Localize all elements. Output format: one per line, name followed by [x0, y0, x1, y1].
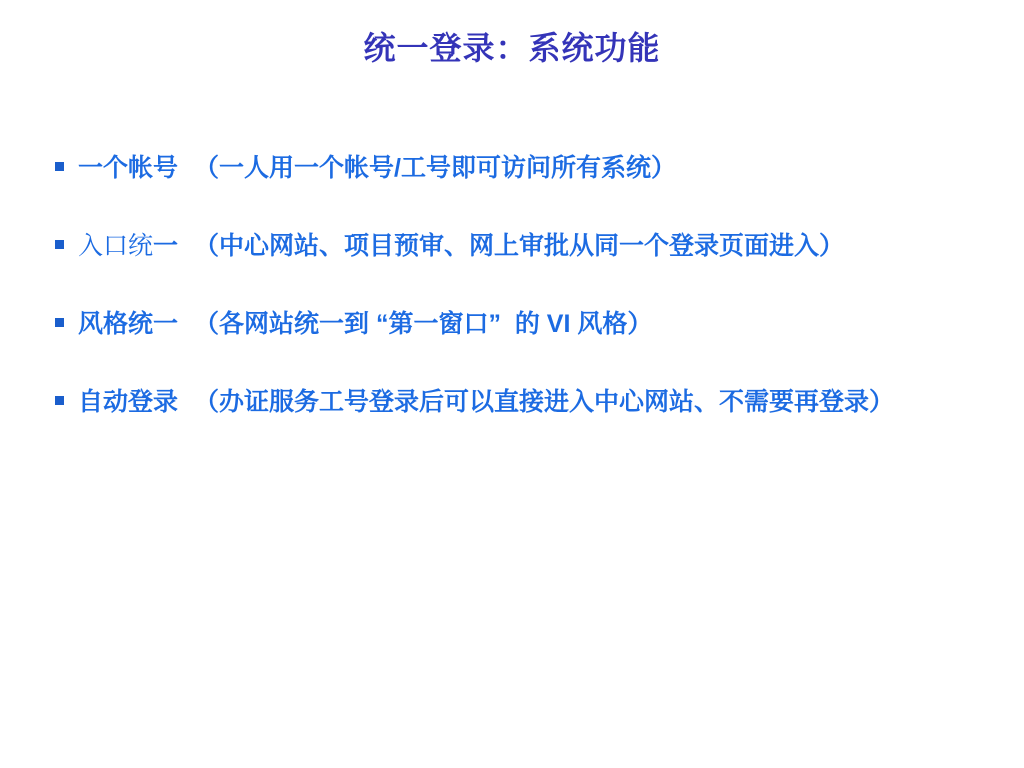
- bullet-term: 风格统一: [78, 304, 178, 340]
- bullet-item-entrance: 入口统 一 （中心网站、项目预审、网上审批从同一个登录页面进入）: [55, 230, 995, 258]
- bullet-term: 自动登录: [78, 382, 178, 418]
- bullet-item-style: 风格统一 （各网站统一到 “第一窗口” 的 VI 风格）: [55, 308, 995, 336]
- bullet-item-autologin: 自动登录 （办证服务工号登录后可以直接进入中心网站、不需要再登录）: [55, 386, 995, 414]
- bullet-list: 一个帐号 （一人用一个帐号/工号即可访问所有系统） 入口统 一 （中心网站、项目…: [55, 152, 995, 464]
- slide-title: 统一登录：系统功能: [0, 27, 1024, 69]
- bullet-term: 一: [153, 226, 178, 262]
- bullet-desc: （一人用一个帐号/工号即可访问所有系统）: [194, 148, 676, 184]
- bullet-item-account: 一个帐号 （一人用一个帐号/工号即可访问所有系统）: [55, 152, 995, 180]
- bullet-term: 一个帐号: [78, 148, 178, 184]
- slide: 统一登录：系统功能 一个帐号 （一人用一个帐号/工号即可访问所有系统） 入口统 …: [0, 0, 1024, 768]
- bullet-desc: （办证服务工号登录后可以直接进入中心网站、不需要再登录）: [194, 382, 894, 418]
- bullet-desc: （中心网站、项目预审、网上审批从同一个登录页面进入）: [194, 226, 844, 262]
- square-bullet-icon: [55, 162, 64, 171]
- square-bullet-icon: [55, 396, 64, 405]
- square-bullet-icon: [55, 240, 64, 249]
- bullet-term-serif: 入口统: [78, 226, 153, 262]
- square-bullet-icon: [55, 318, 64, 327]
- bullet-desc: （各网站统一到 “第一窗口” 的 VI 风格）: [194, 304, 652, 340]
